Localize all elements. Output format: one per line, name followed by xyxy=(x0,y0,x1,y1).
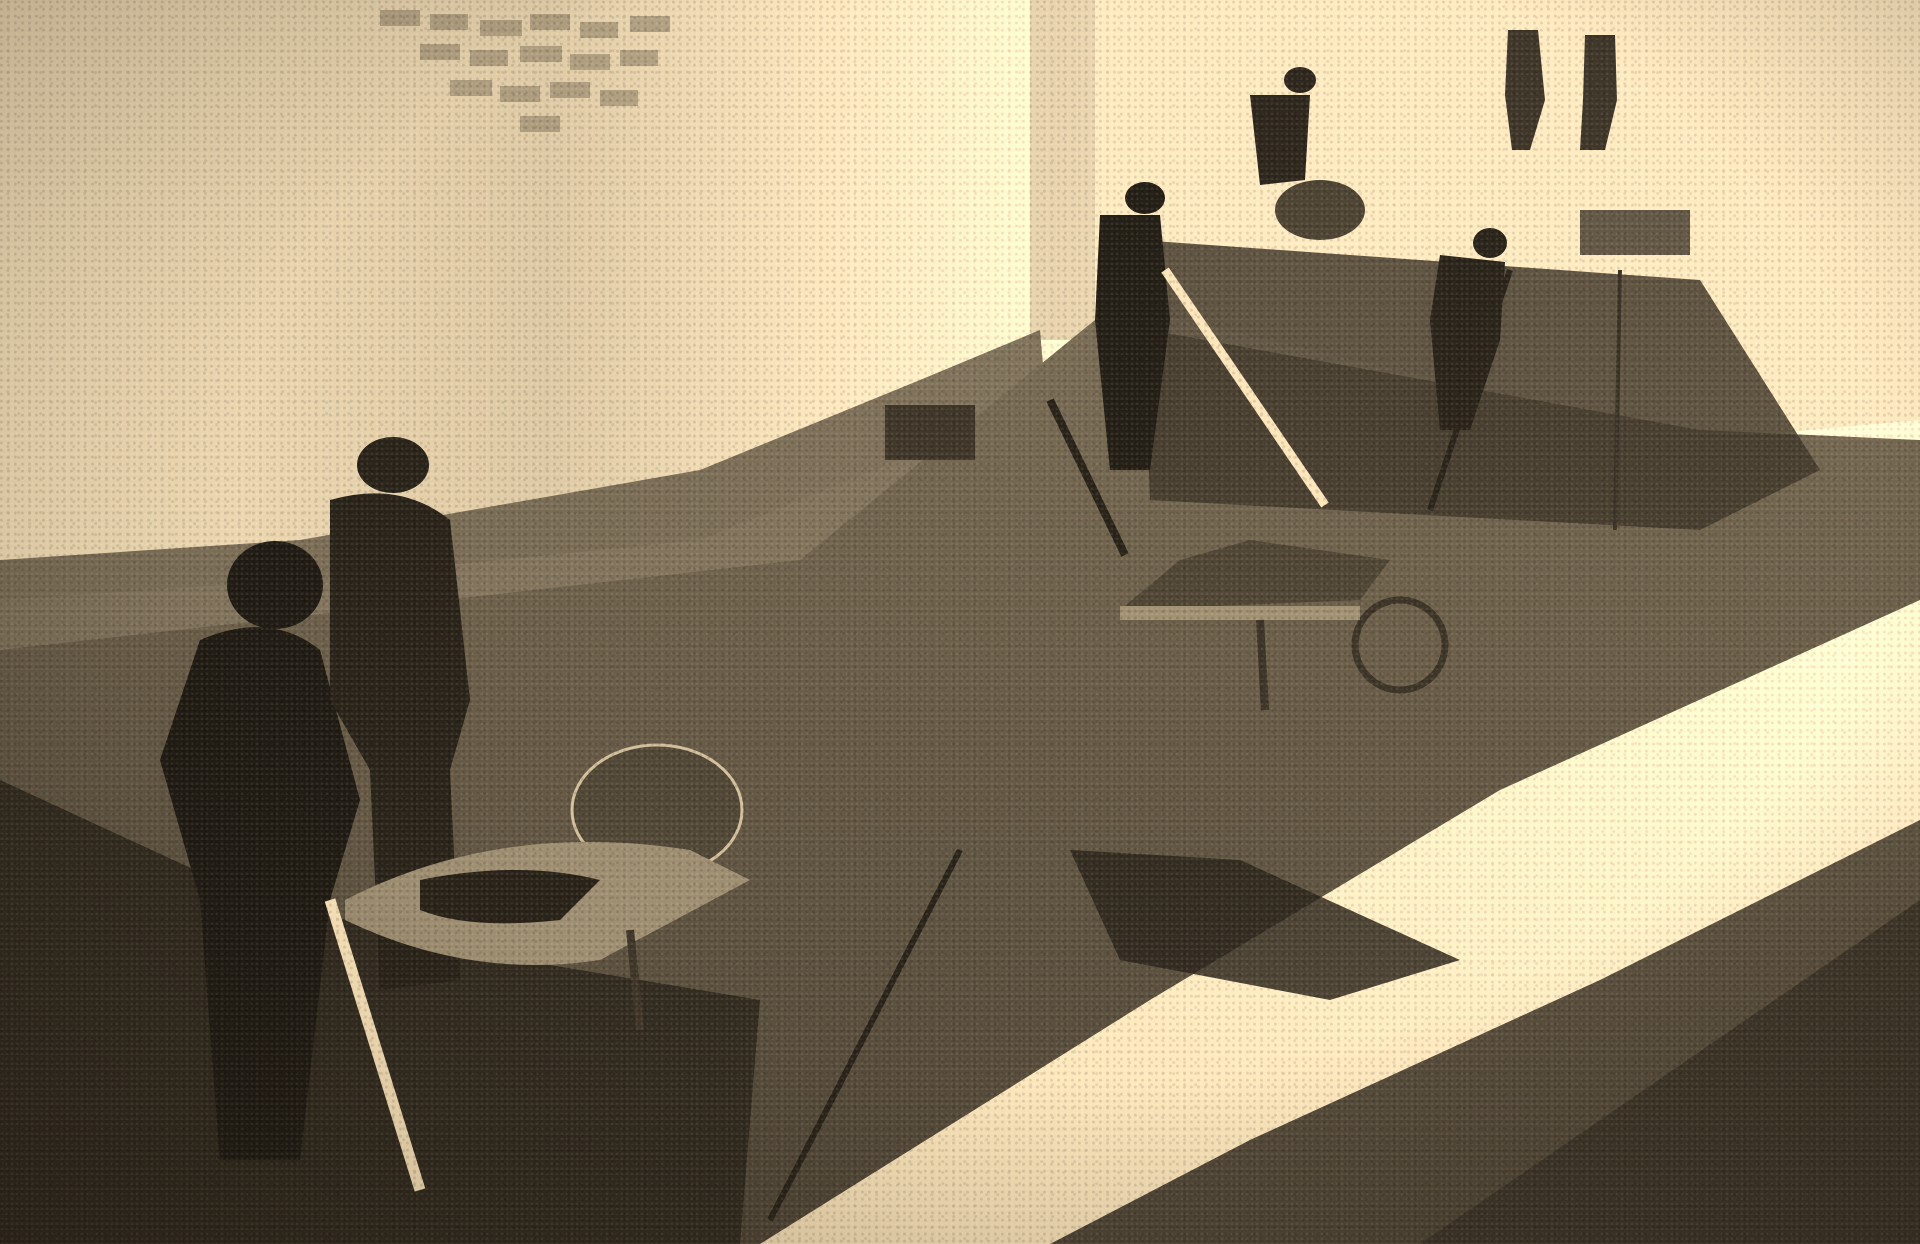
wooden-box xyxy=(885,405,975,460)
distant-wheelbarrow xyxy=(1580,210,1690,255)
historical-photograph xyxy=(0,0,1920,1244)
photo-scene xyxy=(0,0,1920,1244)
wall-corner xyxy=(1030,0,1095,340)
